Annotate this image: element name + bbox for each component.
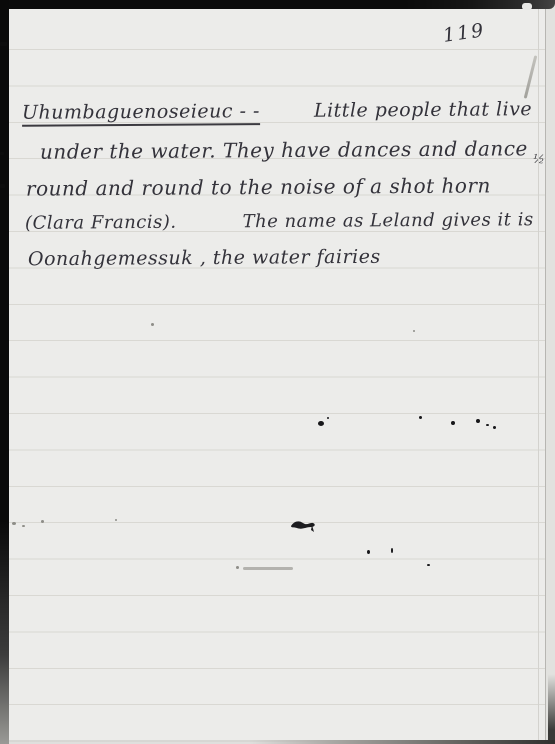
- entry-line1-text: Little people that live: [314, 98, 532, 122]
- ink-speck: [318, 421, 324, 426]
- entry-attribution: (Clara Francis).: [25, 212, 177, 234]
- scan-top-edge: [0, 0, 555, 9]
- ink-speck: [486, 424, 489, 426]
- handwriting-line-5: Oonahgemessuk , the water fairies: [28, 246, 381, 270]
- dust-speck: [115, 519, 117, 521]
- page-number: 119: [442, 19, 487, 47]
- handwriting-line-2: under the water. They have dances and da…: [40, 136, 528, 163]
- ink-speck: [427, 564, 430, 566]
- ink-speck: [367, 550, 370, 554]
- page-edge-shadow: [548, 674, 555, 744]
- dust-speck: [236, 566, 239, 569]
- ink-speck: [493, 426, 496, 429]
- entry-heading-underlined: Uhumbaguenoseieuc - -: [22, 100, 260, 127]
- ink-speck: [391, 548, 393, 553]
- smudge-mark: [243, 567, 293, 570]
- dust-speck: [413, 330, 415, 332]
- ink-blot: [290, 517, 320, 543]
- entry-line4-text: The name as Leland gives it is: [243, 209, 534, 232]
- handwriting-line-4: (Clara Francis).The name as Leland gives…: [25, 209, 534, 234]
- edge-tick: [0, 184, 5, 188]
- scan-edge-notch: [522, 3, 532, 10]
- dust-speck: [151, 323, 154, 326]
- ink-speck: [327, 417, 329, 419]
- underlying-page-edge: [545, 0, 555, 744]
- page-crease: [538, 0, 539, 744]
- handwriting-line-1: Uhumbaguenoseieuc - -Little people that …: [22, 98, 532, 124]
- notebook-page-scan: 119 Uhumbaguenoseieuc - -Little people t…: [0, 0, 555, 744]
- scan-bottom-edge: [0, 740, 555, 744]
- ink-speck: [419, 416, 422, 419]
- dust-speck: [12, 522, 16, 525]
- dust-speck: [41, 520, 44, 523]
- dust-speck: [22, 525, 25, 527]
- edge-tick: [0, 42, 7, 46]
- edge-tick: [0, 152, 4, 155]
- binding-edge: [0, 0, 9, 744]
- ink-speck: [476, 419, 480, 423]
- ink-speck: [451, 421, 455, 425]
- handwriting-line-3: round and round to the noise of a shot h…: [26, 173, 491, 200]
